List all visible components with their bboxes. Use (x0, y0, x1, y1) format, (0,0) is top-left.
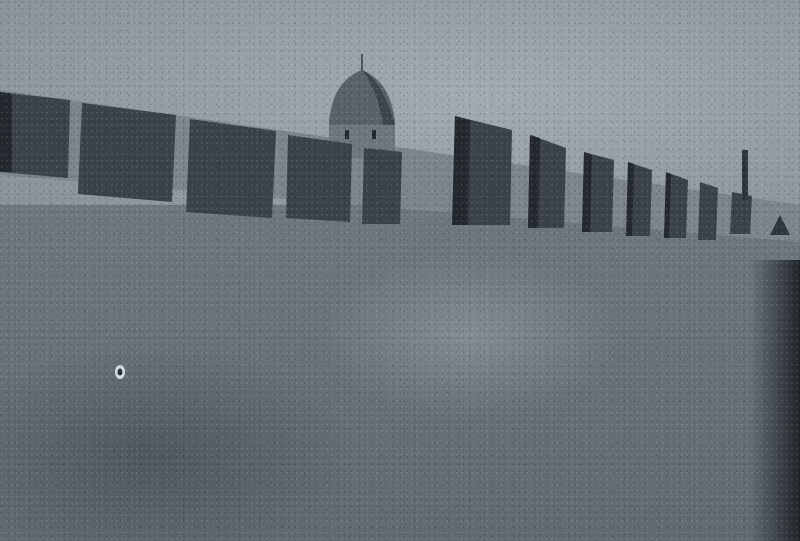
film-grain (0, 0, 800, 541)
photograph (0, 0, 800, 541)
